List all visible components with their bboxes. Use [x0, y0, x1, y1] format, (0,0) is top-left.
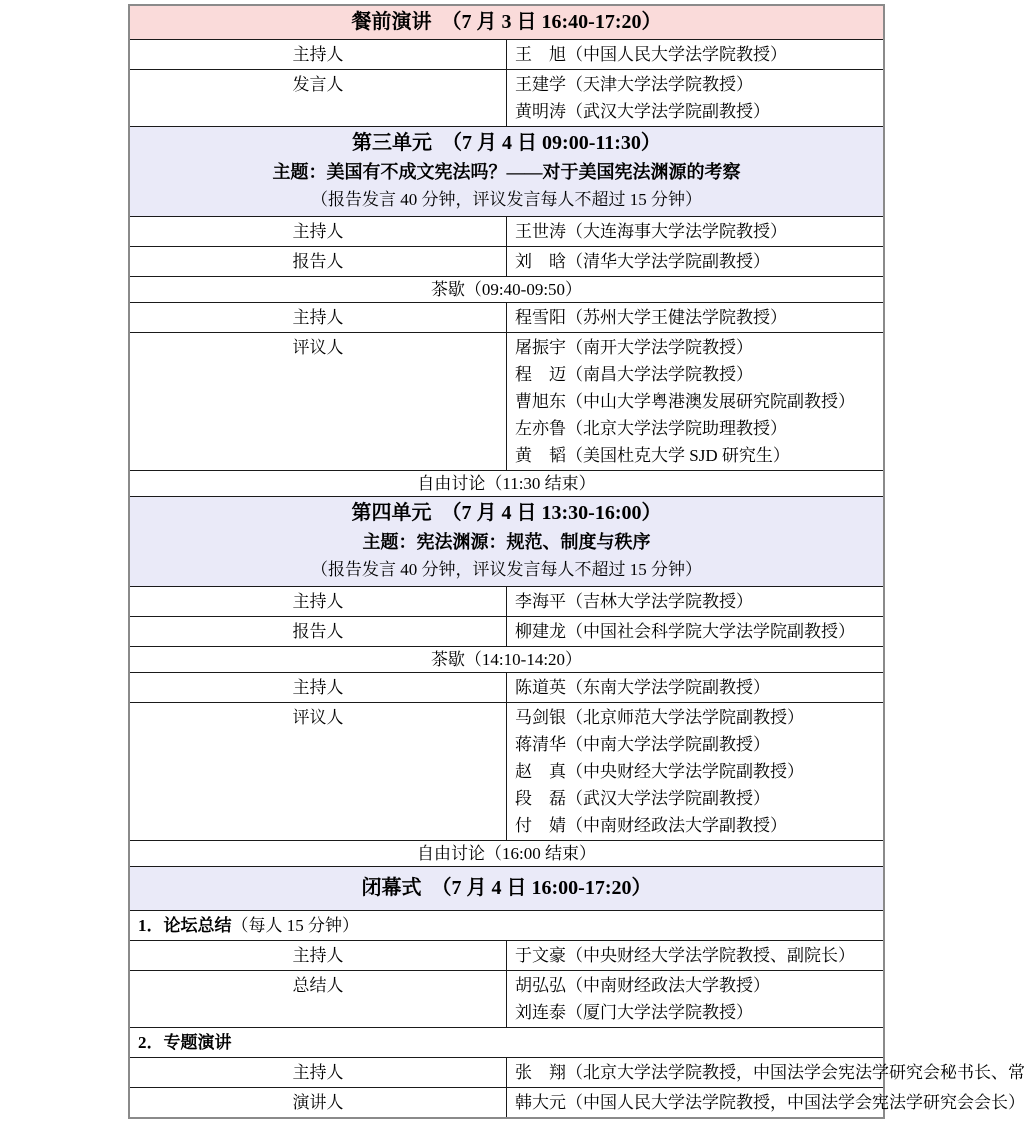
- person-cell: 刘 晗（清华大学法学院副教授）: [507, 247, 885, 277]
- section-note: （报告发言 40 分钟，评议发言每人不超过 15 分钟）: [130, 186, 883, 214]
- person-cell: 屠振宇（南开大学法学院教授） 程 迈（南昌大学法学院教授） 曹旭东（中山大学粤港…: [507, 333, 885, 471]
- pair-row: 主持人 王 旭（中国人民大学法学院教授）: [129, 40, 884, 70]
- role-label: 总结人: [129, 971, 507, 1028]
- section-header-cell: 第三单元 （7 月 4 日 09:00-11:30） 主题：美国有不成文宪法吗？…: [129, 127, 884, 217]
- break-row: 自由讨论（16:00 结束）: [129, 841, 884, 867]
- pair-row: 总结人 胡弘弘（中南财经政法大学教授） 刘连泰（厦门大学法学院教授）: [129, 971, 884, 1028]
- note-row: 2．专题演讲: [129, 1028, 884, 1058]
- person-cell: 张 翔（北京大学法学院教授，中国法学会宪法学研究会秘书长、常务理事）: [507, 1058, 885, 1088]
- person-line: 蒋清华（中南大学法学院副教授）: [515, 731, 875, 758]
- person-line: 段 磊（武汉大学法学院副教授）: [515, 785, 875, 812]
- pair-row: 报告人 刘 晗（清华大学法学院副教授）: [129, 247, 884, 277]
- document-page: 餐前演讲 （7 月 3 日 16:40-17:20） 主持人 王 旭（中国人民大…: [0, 0, 1024, 1125]
- note-title: 1．论坛总结: [138, 916, 232, 935]
- role-label: 演讲人: [129, 1088, 507, 1119]
- role-label: 主持人: [129, 1058, 507, 1088]
- section-title: 餐前演讲 （7 月 3 日 16:40-17:20）: [130, 8, 883, 37]
- role-label: 评议人: [129, 703, 507, 841]
- person-cell: 于文豪（中央财经大学法学院教授、副院长）: [507, 941, 885, 971]
- section-title: 第三单元 （7 月 4 日 09:00-11:30）: [130, 129, 883, 158]
- break-cell: 茶歇（14:10-14:20）: [129, 647, 884, 673]
- person-line: 赵 真（中央财经大学法学院副教授）: [515, 758, 875, 785]
- pair-row: 主持人 陈道英（东南大学法学院副教授）: [129, 673, 884, 703]
- role-label: 主持人: [129, 303, 507, 333]
- section-theme: 主题：美国有不成文宪法吗？——对于美国宪法渊源的考察: [130, 158, 883, 186]
- note-row: 1．论坛总结（每人 15 分钟）: [129, 911, 884, 941]
- section-header-cell: 第四单元 （7 月 4 日 13:30-16:00） 主题：宪法渊源：规范、制度…: [129, 497, 884, 587]
- section-note: （报告发言 40 分钟，评议发言每人不超过 15 分钟）: [130, 556, 883, 584]
- section-theme: 主题：宪法渊源：规范、制度与秩序: [130, 528, 883, 556]
- person-line: 陈道英（东南大学法学院副教授）: [515, 674, 875, 701]
- discussion-cell: 自由讨论（16:00 结束）: [129, 841, 884, 867]
- person-line: 刘连泰（厦门大学法学院教授）: [515, 999, 875, 1026]
- section-header-row: 第四单元 （7 月 4 日 13:30-16:00） 主题：宪法渊源：规范、制度…: [129, 497, 884, 587]
- person-line: 于文豪（中央财经大学法学院教授、副院长）: [515, 942, 875, 969]
- pair-row: 主持人 张 翔（北京大学法学院教授，中国法学会宪法学研究会秘书长、常务理事）: [129, 1058, 884, 1088]
- person-cell: 马剑银（北京师范大学法学院副教授） 蒋清华（中南大学法学院副教授） 赵 真（中央…: [507, 703, 885, 841]
- pair-row: 主持人 程雪阳（苏州大学王健法学院教授）: [129, 303, 884, 333]
- person-cell: 王建学（天津大学法学院教授） 黄明涛（武汉大学法学院副教授）: [507, 70, 885, 127]
- role-label: 发言人: [129, 70, 507, 127]
- person-cell: 李海平（吉林大学法学院教授）: [507, 587, 885, 617]
- section-header-cell: 闭幕式 （7 月 4 日 16:00-17:20）: [129, 867, 884, 911]
- pair-row: 报告人 柳建龙（中国社会科学院大学法学院副教授）: [129, 617, 884, 647]
- person-line: 王世涛（大连海事大学法学院教授）: [515, 218, 875, 245]
- break-cell: 茶歇（09:40-09:50）: [129, 277, 884, 303]
- person-line: 黄 韬（美国杜克大学 SJD 研究生）: [515, 442, 875, 469]
- schedule-table: 餐前演讲 （7 月 3 日 16:40-17:20） 主持人 王 旭（中国人民大…: [128, 4, 885, 1119]
- role-label: 主持人: [129, 941, 507, 971]
- discussion-cell: 自由讨论（11:30 结束）: [129, 471, 884, 497]
- note-cell: 1．论坛总结（每人 15 分钟）: [129, 911, 884, 941]
- person-line: 黄明涛（武汉大学法学院副教授）: [515, 98, 875, 125]
- pair-row: 主持人 于文豪（中央财经大学法学院教授、副院长）: [129, 941, 884, 971]
- pair-row: 发言人 王建学（天津大学法学院教授） 黄明涛（武汉大学法学院副教授）: [129, 70, 884, 127]
- person-line: 张 翔（北京大学法学院教授，中国法学会宪法学研究会秘书长、常务理事）: [515, 1059, 875, 1086]
- person-cell: 王世涛（大连海事大学法学院教授）: [507, 217, 885, 247]
- person-line: 柳建龙（中国社会科学院大学法学院副教授）: [515, 618, 875, 645]
- section-header-row: 闭幕式 （7 月 4 日 16:00-17:20）: [129, 867, 884, 911]
- person-line: 刘 晗（清华大学法学院副教授）: [515, 248, 875, 275]
- person-cell: 王 旭（中国人民大学法学院教授）: [507, 40, 885, 70]
- pair-row: 主持人 李海平（吉林大学法学院教授）: [129, 587, 884, 617]
- break-row: 自由讨论（11:30 结束）: [129, 471, 884, 497]
- person-line: 王 旭（中国人民大学法学院教授）: [515, 41, 875, 68]
- role-label: 主持人: [129, 673, 507, 703]
- person-cell: 程雪阳（苏州大学王健法学院教授）: [507, 303, 885, 333]
- pair-row: 演讲人 韩大元（中国人民大学法学院教授，中国法学会宪法学研究会会长）: [129, 1088, 884, 1119]
- break-row: 茶歇（09:40-09:50）: [129, 277, 884, 303]
- person-line: 程雪阳（苏州大学王健法学院教授）: [515, 304, 875, 331]
- role-label: 评议人: [129, 333, 507, 471]
- role-label: 主持人: [129, 587, 507, 617]
- note-detail: （每人 15 分钟）: [232, 916, 360, 935]
- role-label: 主持人: [129, 40, 507, 70]
- person-line: 屠振宇（南开大学法学院教授）: [515, 334, 875, 361]
- pair-row: 评议人 屠振宇（南开大学法学院教授） 程 迈（南昌大学法学院教授） 曹旭东（中山…: [129, 333, 884, 471]
- section-title: 第四单元 （7 月 4 日 13:30-16:00）: [130, 499, 883, 528]
- note-title: 2．专题演讲: [138, 1033, 232, 1052]
- note-cell: 2．专题演讲: [129, 1028, 884, 1058]
- pair-row: 评议人 马剑银（北京师范大学法学院副教授） 蒋清华（中南大学法学院副教授） 赵 …: [129, 703, 884, 841]
- pair-row: 主持人 王世涛（大连海事大学法学院教授）: [129, 217, 884, 247]
- section-header-row: 第三单元 （7 月 4 日 09:00-11:30） 主题：美国有不成文宪法吗？…: [129, 127, 884, 217]
- break-row: 茶歇（14:10-14:20）: [129, 647, 884, 673]
- person-cell: 陈道英（东南大学法学院副教授）: [507, 673, 885, 703]
- person-line: 李海平（吉林大学法学院教授）: [515, 588, 875, 615]
- person-line: 曹旭东（中山大学粤港澳发展研究院副教授）: [515, 388, 875, 415]
- person-line: 程 迈（南昌大学法学院教授）: [515, 361, 875, 388]
- person-line: 胡弘弘（中南财经政法大学教授）: [515, 972, 875, 999]
- section-header-cell: 餐前演讲 （7 月 3 日 16:40-17:20）: [129, 5, 884, 40]
- person-cell: 韩大元（中国人民大学法学院教授，中国法学会宪法学研究会会长）: [507, 1088, 885, 1119]
- person-line: 付 婧（中南财经政法大学副教授）: [515, 812, 875, 839]
- role-label: 报告人: [129, 617, 507, 647]
- person-line: 左亦鲁（北京大学法学院助理教授）: [515, 415, 875, 442]
- role-label: 主持人: [129, 217, 507, 247]
- role-label: 报告人: [129, 247, 507, 277]
- section-header-row: 餐前演讲 （7 月 3 日 16:40-17:20）: [129, 5, 884, 40]
- person-line: 马剑银（北京师范大学法学院副教授）: [515, 704, 875, 731]
- person-line: 韩大元（中国人民大学法学院教授，中国法学会宪法学研究会会长）: [515, 1089, 875, 1116]
- person-cell: 柳建龙（中国社会科学院大学法学院副教授）: [507, 617, 885, 647]
- section-title: 闭幕式 （7 月 4 日 16:00-17:20）: [130, 869, 883, 908]
- person-cell: 胡弘弘（中南财经政法大学教授） 刘连泰（厦门大学法学院教授）: [507, 971, 885, 1028]
- person-line: 王建学（天津大学法学院教授）: [515, 71, 875, 98]
